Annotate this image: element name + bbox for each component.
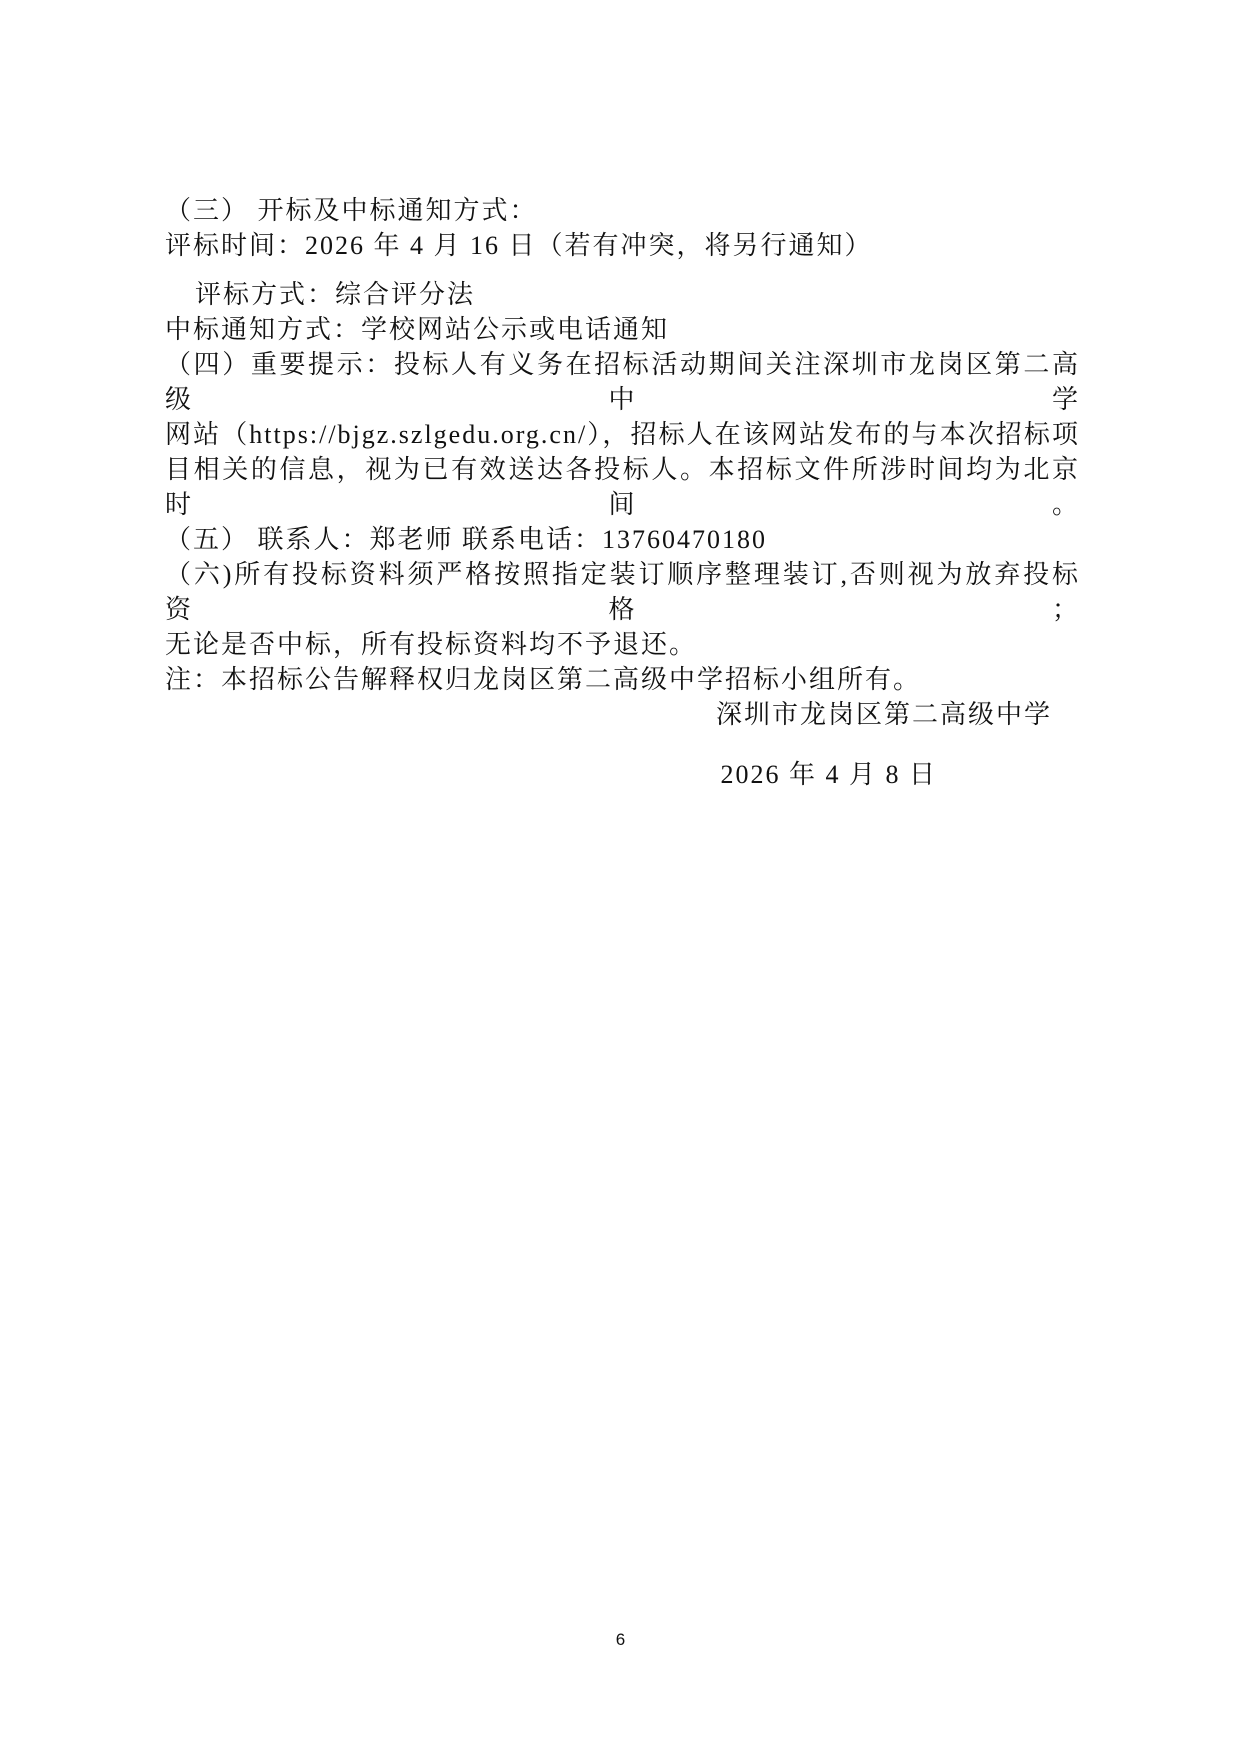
document-page: （三） 开标及中标通知方式： 评标时间：2026 年 4 月 16 日（若有冲突… xyxy=(0,0,1241,1754)
award-notice-line: 中标通知方式：学校网站公示或电话通知 xyxy=(165,312,1080,347)
section-3-heading: （三） 开标及中标通知方式： xyxy=(165,193,1080,228)
document-content: （三） 开标及中标通知方式： 评标时间：2026 年 4 月 16 日（若有冲突… xyxy=(165,193,1080,792)
important-notice-line-1: （四）重要提示：投标人有义务在招标活动期间关注深圳市龙岗区第二高级中学 xyxy=(165,347,1080,417)
signature-date: 2026 年 4 月 8 日 xyxy=(165,757,1080,792)
contact-line: （五） 联系人：郑老师 联系电话：13760470180 xyxy=(165,522,1080,557)
binding-requirement-line-1: （六)所有投标资料须严格按照指定装订顺序整理装订,否则视为放弃投标资格； xyxy=(165,557,1080,627)
note-line: 注：本招标公告解释权归龙岗区第二高级中学招标小组所有。 xyxy=(165,662,1080,697)
eval-time-line: 评标时间：2026 年 4 月 16 日（若有冲突，将另行通知） xyxy=(165,228,1080,263)
page-number: 6 xyxy=(0,1630,1241,1650)
signature-school-name: 深圳市龙岗区第二高级中学 xyxy=(165,697,1080,732)
important-notice-line-3: 目相关的信息，视为已有效送达各投标人。本招标文件所涉时间均为北京时间。 xyxy=(165,452,1080,522)
eval-method-line: 评标方式：综合评分法 xyxy=(165,277,1080,312)
important-notice-line-2: 网站（https://bjgz.szlgedu.org.cn/），招标人在该网站… xyxy=(165,417,1080,452)
binding-requirement-line-2: 无论是否中标，所有投标资料均不予退还。 xyxy=(165,627,1080,662)
